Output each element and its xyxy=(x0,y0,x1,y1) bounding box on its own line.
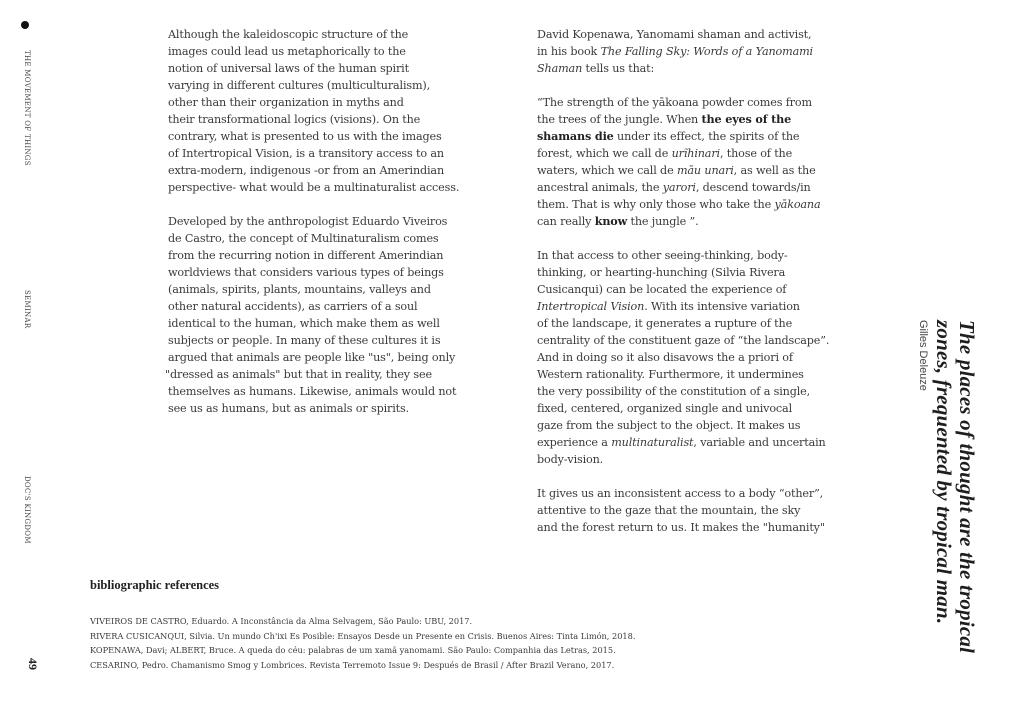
book-title: Shaman xyxy=(537,62,582,75)
text-line: their transformational logics (visions).… xyxy=(168,111,459,128)
text-line: Intertropical Vision. With its intensive… xyxy=(537,298,829,315)
paragraph-3: In that access to other seeing-thinking,… xyxy=(537,247,829,468)
kopenawa-quote: “The strength of the yākoana powder come… xyxy=(537,94,829,230)
text-line: attentive to the gaze that the mountain,… xyxy=(537,502,829,519)
book-title: The Falling Sky: Words of a Yanomami xyxy=(601,45,813,58)
paragraph-2: Developed by the anthropologist Eduardo … xyxy=(168,213,459,417)
text-line: subjects or people. In many of these cul… xyxy=(168,332,459,349)
text-line: themselves as humans. Likewise, animals … xyxy=(168,383,459,400)
pull-quote: The places of thought are the tropical z… xyxy=(917,320,978,653)
paragraph-1: Although the kaleidoscopic structure of … xyxy=(168,26,459,196)
text-line: perspective- what would be a multinatura… xyxy=(168,179,459,196)
text-line: de Castro, the concept of Multinaturalis… xyxy=(168,230,459,247)
side-label-movement: THE MOVEMENT OF THINGS xyxy=(23,50,31,166)
text-line: other natural accidents), as carriers of… xyxy=(168,298,459,315)
text-line: contrary, what is presented to us with t… xyxy=(168,128,459,145)
bibliography-entry: CESARINO, Pedro. Chamanismo Smog y Lombr… xyxy=(90,658,635,673)
text-line: the trees of the jungle. When the eyes o… xyxy=(537,111,829,128)
pull-quote-author: Gilles Deleuze xyxy=(917,320,929,653)
text-line: In that access to other seeing-thinking,… xyxy=(537,247,829,264)
text-line: in his book The Falling Sky: Words of a … xyxy=(537,43,829,60)
bibliography-list: VIVEIROS DE CASTRO, Eduardo. A Inconstân… xyxy=(90,614,635,672)
bibliography-entry: KOPENAWA, Davi; ALBERT, Bruce. A queda d… xyxy=(90,643,635,658)
right-column: David Kopenawa, Yanomami shaman and acti… xyxy=(537,26,829,536)
text-line: gaze from the subject to the object. It … xyxy=(537,417,829,434)
text-line: forest, which we call de urĩhinari, thos… xyxy=(537,145,829,162)
text-line: images could lead us metaphorically to t… xyxy=(168,43,459,60)
text-line: (animals, spirits, plants, mountains, va… xyxy=(168,281,459,298)
text-line: other than their organization in myths a… xyxy=(168,94,459,111)
text-line: Developed by the anthropologist Eduardo … xyxy=(168,213,459,230)
text-line: David Kopenawa, Yanomami shaman and acti… xyxy=(537,26,829,43)
text-line: argued that animals are people like "us"… xyxy=(168,349,459,366)
text-line: thinking, or hearting-hunching (Silvia R… xyxy=(537,264,829,281)
side-label-seminar: SEMINAR xyxy=(23,290,31,328)
text-line: waters, which we call de māu unari, as w… xyxy=(537,162,829,179)
text-line: experience a multinaturalist, variable a… xyxy=(537,434,829,451)
text-line: Western rationality. Furthermore, it und… xyxy=(537,366,829,383)
text-line: Shaman tells us that: xyxy=(537,60,829,77)
bullet-dot xyxy=(21,21,29,29)
text-line: them. That is why only those who take th… xyxy=(537,196,829,213)
text-line: “The strength of the yākoana powder come… xyxy=(537,94,829,111)
text-line: extra-modern, indigenous -or from an Ame… xyxy=(168,162,459,179)
text-line: of the landscape, it generates a rupture… xyxy=(537,315,829,332)
bibliography-title: bibliographic references xyxy=(90,578,219,593)
text-line: body-vision. xyxy=(537,451,829,468)
pull-quote-line-1: The places of thought are the tropical xyxy=(955,320,978,653)
text-line: It gives us an inconsistent access to a … xyxy=(537,485,829,502)
text-line: can really know the jungle ”. xyxy=(537,213,829,230)
text-line: fixed, centered, organized single and un… xyxy=(537,400,829,417)
text-line: the very possibility of the constitution… xyxy=(537,383,829,400)
text-line: ancestral animals, the yarori, descend t… xyxy=(537,179,829,196)
text-line: Although the kaleidoscopic structure of … xyxy=(168,26,459,43)
text-line: centrality of the constituent gaze of “t… xyxy=(537,332,829,349)
text-line: from the recurring notion in different A… xyxy=(168,247,459,264)
paragraph-4: It gives us an inconsistent access to a … xyxy=(537,485,829,536)
bibliography-entry: VIVEIROS DE CASTRO, Eduardo. A Inconstân… xyxy=(90,614,635,629)
left-column: Although the kaleidoscopic structure of … xyxy=(168,26,459,417)
text-line: And in doing so it also disavows the a p… xyxy=(537,349,829,366)
text-line: identical to the human, which make them … xyxy=(168,315,459,332)
intro-paragraph: David Kopenawa, Yanomami shaman and acti… xyxy=(537,26,829,77)
text-line: shamans die under its effect, the spirit… xyxy=(537,128,829,145)
text-line: see us as humans, but as animals or spir… xyxy=(168,400,459,417)
text-line: Cusicanqui) can be located the experienc… xyxy=(537,281,829,298)
text-line: notion of universal laws of the human sp… xyxy=(168,60,459,77)
text-line: of Intertropical Vision, is a transitory… xyxy=(168,145,459,162)
text-line: worldviews that considers various types … xyxy=(168,264,459,281)
page-number: 49 xyxy=(25,658,40,670)
bibliography-entry: RIVERA CUSICANQUI, Silvia. Un mundo Ch'i… xyxy=(90,629,635,644)
pull-quote-line-2: zones, frequented by tropical man. xyxy=(932,320,955,653)
text-line: varying in different cultures (multicult… xyxy=(168,77,459,94)
text-line: "dressed as animals" but that in reality… xyxy=(165,366,459,383)
text-line: and the forest return to us. It makes th… xyxy=(537,519,829,536)
side-label-docs-kingdom: DOC'S KINGDOM xyxy=(23,476,31,544)
